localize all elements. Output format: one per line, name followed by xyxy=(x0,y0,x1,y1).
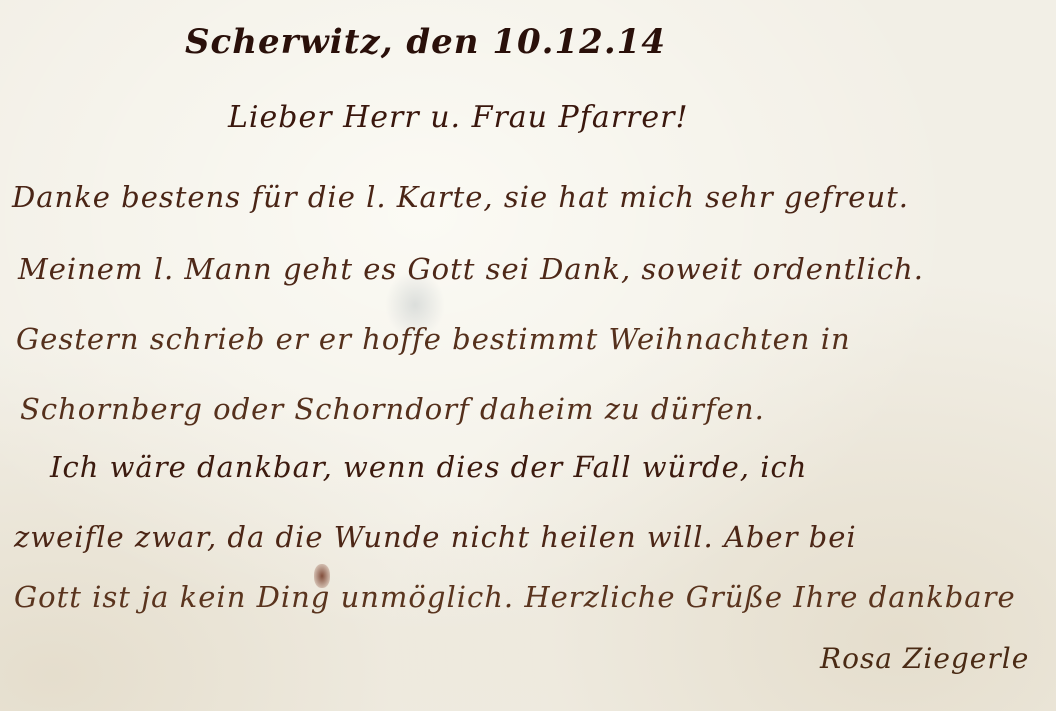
body-line: Meinem l. Mann geht es Gott sei Dank, so… xyxy=(18,252,924,286)
body-line: Gestern schrieb er er hoffe bestimmt Wei… xyxy=(16,322,851,356)
body-line: Gott ist ja kein Ding unmöglich. Herzlic… xyxy=(14,580,1016,614)
body-line: zweifle zwar, da die Wunde nicht heilen … xyxy=(14,520,857,554)
body-line: Danke bestens für die l. Karte, sie hat … xyxy=(12,180,909,214)
body-line: Schornberg oder Schorndorf daheim zu dür… xyxy=(20,392,765,426)
letter-paper: Scherwitz, den 10.12.14 Lieber Herr u. F… xyxy=(0,0,1056,711)
signature: Rosa Ziegerle xyxy=(820,642,1029,675)
body-line: Ich wäre dankbar, wenn dies der Fall wür… xyxy=(50,450,807,484)
place-date: Scherwitz, den 10.12.14 xyxy=(185,22,666,62)
salutation: Lieber Herr u. Frau Pfarrer! xyxy=(228,100,689,135)
